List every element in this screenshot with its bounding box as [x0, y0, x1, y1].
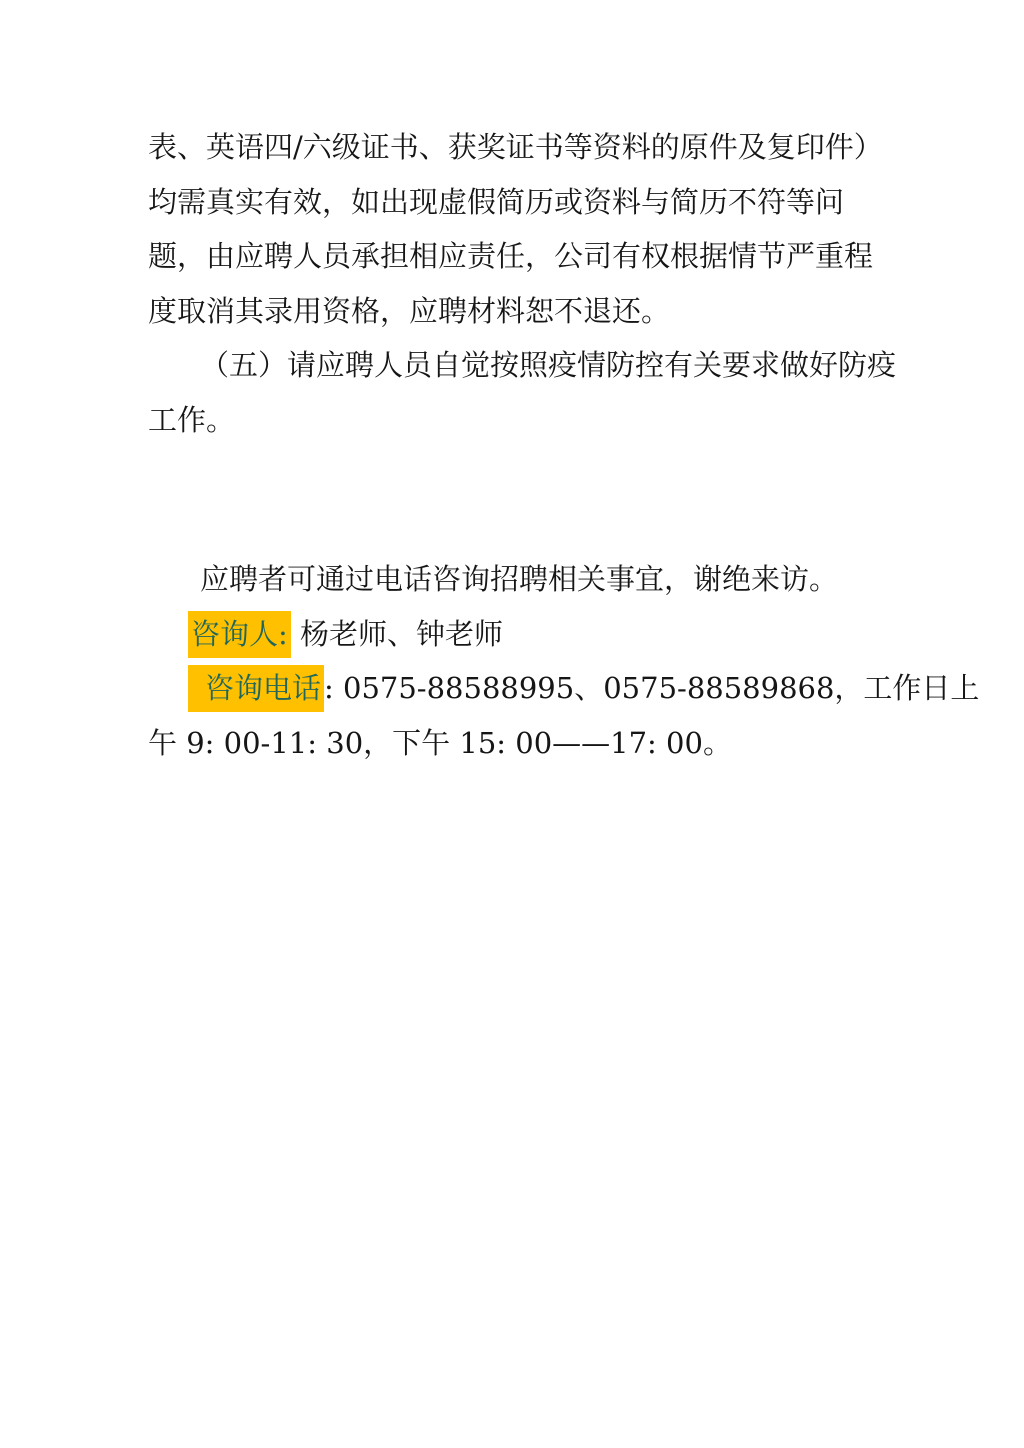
paragraph-contact-person: 咨询人: 杨老师、钟老师 [148, 607, 878, 662]
paragraph-contact-phone: 咨询电话: 0575-88588995、0575-88589868，工作日上 [148, 661, 878, 716]
contact-phone-label-highlight: 咨询电话 [188, 665, 324, 712]
paragraph-epidemic: （五）请应聘人员自觉按照疫情防控有关要求做好防疫 工作。 [148, 338, 878, 447]
paragraph-contact-intro: 应聘者可通过电话咨询招聘相关事宜，谢绝来访。 [148, 552, 878, 607]
doc-line: 工作。 [148, 393, 878, 448]
doc-line: 度取消其录用资格，应聘材料恕不退还。 [148, 284, 878, 339]
doc-line: （五）请应聘人员自觉按照疫情防控有关要求做好防疫 [148, 338, 878, 393]
section-gap [148, 447, 878, 552]
contact-person-names: 杨老师、钟老师 [291, 617, 503, 651]
contact-person-label-highlight: 咨询人: [188, 611, 291, 658]
doc-line: 题，由应聘人员承担相应责任，公司有权根据情节严重程 [148, 229, 878, 284]
paragraph-materials: 表、英语四/六级证书、获奖证书等资料的原件及复印件） 均需真实有效，如出现虚假简… [148, 120, 878, 338]
doc-line: 均需真实有效，如出现虚假简历或资料与简历不符等问 [148, 175, 878, 230]
contact-phone-numbers: : 0575-88588995、0575-88589868，工作日上 [324, 671, 979, 705]
document-body: 表、英语四/六级证书、获奖证书等资料的原件及复印件） 均需真实有效，如出现虚假简… [148, 120, 878, 770]
paragraph-contact-hours: 午 9: 00-11: 30，下午 15: 00——17: 00。 [148, 716, 878, 771]
document-page: 表、英语四/六级证书、获奖证书等资料的原件及复印件） 均需真实有效，如出现虚假简… [0, 0, 1024, 1448]
doc-line: 表、英语四/六级证书、获奖证书等资料的原件及复印件） [148, 120, 878, 175]
